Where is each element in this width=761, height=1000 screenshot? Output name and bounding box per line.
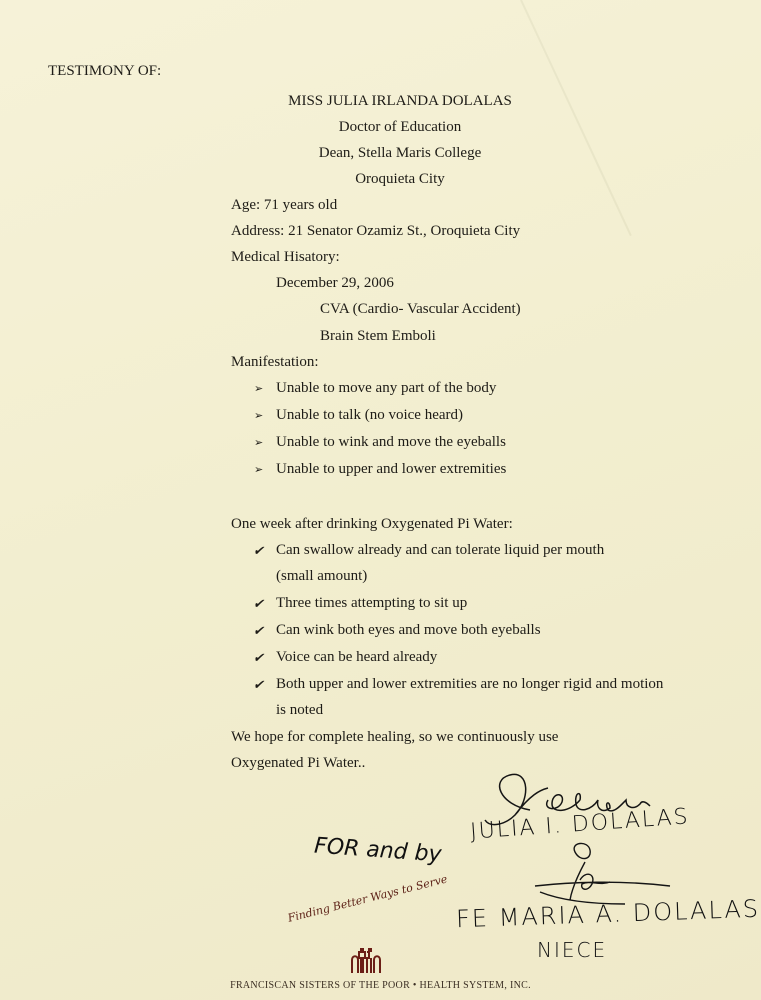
arrowhead-bullet-icon: ➢ xyxy=(254,461,263,479)
manifestation-label: Manifestation: xyxy=(231,353,318,371)
list-item: Three times attempting to sit up xyxy=(276,594,467,612)
closing-line: We hope for complete healing, so we cont… xyxy=(231,728,558,746)
subject-degree: Doctor of Education xyxy=(230,118,570,136)
document-page: TESTIMONY OF: MISS JULIA IRLANDA DOLALAS… xyxy=(0,0,761,1000)
subject-city: Oroquieta City xyxy=(230,170,570,188)
medical-history-date: December 29, 2006 xyxy=(276,274,394,292)
arrowhead-bullet-icon: ➢ xyxy=(254,380,263,398)
list-item-continuation: is noted xyxy=(276,701,323,719)
results-label: One week after drinking Oxygenated Pi Wa… xyxy=(231,515,513,533)
medical-condition: Brain Stem Emboli xyxy=(320,327,436,345)
arrowhead-bullet-icon: ➢ xyxy=(254,407,263,425)
list-item: Unable to talk (no voice heard) xyxy=(276,406,463,424)
testimony-heading: TESTIMONY OF: xyxy=(48,62,161,80)
letterhead-tagline: Finding Better Ways to Serve xyxy=(286,873,448,925)
franciscan-arches-logo-icon xyxy=(350,946,382,974)
for-and-by-note: FOR and by xyxy=(313,834,442,868)
arrowhead-bullet-icon: ➢ xyxy=(254,434,263,452)
checkmark-bullet-icon: ✔ xyxy=(253,595,264,613)
list-item-continuation: (small amount) xyxy=(276,567,367,585)
checkmark-bullet-icon: ✔ xyxy=(253,649,264,667)
list-item: Unable to move any part of the body xyxy=(276,379,496,397)
checkmark-bullet-icon: ✔ xyxy=(253,622,264,640)
co-signatory-name: FE MARIA A. DOLALAS xyxy=(456,895,761,934)
list-item: Voice can be heard already xyxy=(276,648,437,666)
list-item: Both upper and lower extremities are no … xyxy=(276,675,663,693)
list-item: Can wink both eyes and move both eyeball… xyxy=(276,621,541,639)
medical-history-label: Medical Hisatory: xyxy=(231,248,340,266)
checkmark-bullet-icon: ✔ xyxy=(253,542,264,560)
list-item: Unable to wink and move the eyeballs xyxy=(276,433,506,451)
subject-position: Dean, Stella Maris College xyxy=(230,144,570,162)
list-item: Can swallow already and can tolerate liq… xyxy=(276,541,604,559)
letterhead-organization: FRANCISCAN SISTERS OF THE POOR • HEALTH … xyxy=(0,980,761,991)
closing-line: Oxygenated Pi Water.. xyxy=(231,754,365,772)
list-item: Unable to upper and lower extremities xyxy=(276,460,506,478)
subject-name: MISS JULIA IRLANDA DOLALAS xyxy=(230,92,570,110)
medical-condition: CVA (Cardio- Vascular Accident) xyxy=(320,300,521,318)
address-line: Address: 21 Senator Ozamiz St., Oroquiet… xyxy=(231,222,520,240)
age-line: Age: 71 years old xyxy=(231,196,337,214)
checkmark-bullet-icon: ✔ xyxy=(253,676,264,694)
co-signatory-relation: NIECE xyxy=(537,938,607,962)
